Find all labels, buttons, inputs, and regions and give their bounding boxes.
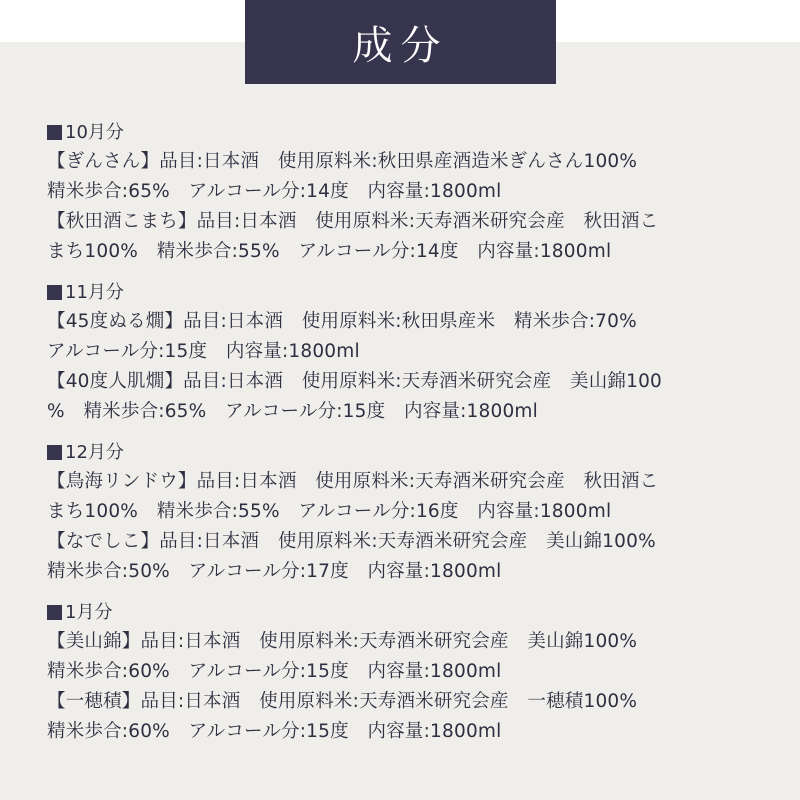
text-line: 【なでしこ】品目:日本酒 使用原料米:天寿酒米研究会産 美山錦100% <box>47 527 767 557</box>
text-line: 【45度ぬる燗】品目:日本酒 使用原料米:秋田県産米 精米歩合:70% <box>47 307 767 337</box>
section-december: 12月分 【鳥海リンドウ】品目:日本酒 使用原料米:天寿酒米研究会産 秋田酒こ … <box>47 438 767 587</box>
text-line: 【一穂積】品目:日本酒 使用原料米:天寿酒米研究会産 一穂積100% <box>47 687 767 717</box>
page-title: 成分 <box>245 0 556 84</box>
text-line: 精米歩合:50% アルコール分:17度 内容量:1800ml <box>47 557 767 587</box>
month-label: 1月分 <box>65 598 112 627</box>
month-label: 12月分 <box>65 438 124 467</box>
text-line: 精米歩合:65% アルコール分:14度 内容量:1800ml <box>47 177 767 207</box>
text-line: 精米歩合:60% アルコール分:15度 内容量:1800ml <box>47 657 767 687</box>
month-heading: 10月分 <box>47 118 767 147</box>
text-line: 精米歩合:60% アルコール分:15度 内容量:1800ml <box>47 717 767 747</box>
text-line: 【40度人肌燗】品目:日本酒 使用原料米:天寿酒米研究会産 美山錦100 <box>47 367 767 397</box>
text-line: 【ぎんさん】品目:日本酒 使用原料米:秋田県産酒造米ぎんさん100% <box>47 147 767 177</box>
section-october: 10月分 【ぎんさん】品目:日本酒 使用原料米:秋田県産酒造米ぎんさん100% … <box>47 118 767 267</box>
ingredients-list: 10月分 【ぎんさん】品目:日本酒 使用原料米:秋田県産酒造米ぎんさん100% … <box>47 118 767 758</box>
month-heading: 12月分 <box>47 438 767 467</box>
section-january: 1月分 【美山錦】品目:日本酒 使用原料米:天寿酒米研究会産 美山錦100% 精… <box>47 598 767 747</box>
text-line: アルコール分:15度 内容量:1800ml <box>47 337 767 367</box>
month-heading: 11月分 <box>47 278 767 307</box>
month-label: 11月分 <box>65 278 124 307</box>
page-title-text: 成分 <box>353 14 449 71</box>
month-label: 10月分 <box>65 118 124 147</box>
text-line: まち100% 精米歩合:55% アルコール分:16度 内容量:1800ml <box>47 497 767 527</box>
square-bullet-icon <box>47 125 62 140</box>
section-november: 11月分 【45度ぬる燗】品目:日本酒 使用原料米:秋田県産米 精米歩合:70%… <box>47 278 767 427</box>
text-line: 【美山錦】品目:日本酒 使用原料米:天寿酒米研究会産 美山錦100% <box>47 627 767 657</box>
square-bullet-icon <box>47 445 62 460</box>
text-line: 【鳥海リンドウ】品目:日本酒 使用原料米:天寿酒米研究会産 秋田酒こ <box>47 467 767 497</box>
square-bullet-icon <box>47 605 62 620</box>
text-line: % 精米歩合:65% アルコール分:15度 内容量:1800ml <box>47 397 767 427</box>
month-heading: 1月分 <box>47 598 767 627</box>
text-line: 【秋田酒こまち】品目:日本酒 使用原料米:天寿酒米研究会産 秋田酒こ <box>47 207 767 237</box>
square-bullet-icon <box>47 285 62 300</box>
text-line: まち100% 精米歩合:55% アルコール分:14度 内容量:1800ml <box>47 237 767 267</box>
